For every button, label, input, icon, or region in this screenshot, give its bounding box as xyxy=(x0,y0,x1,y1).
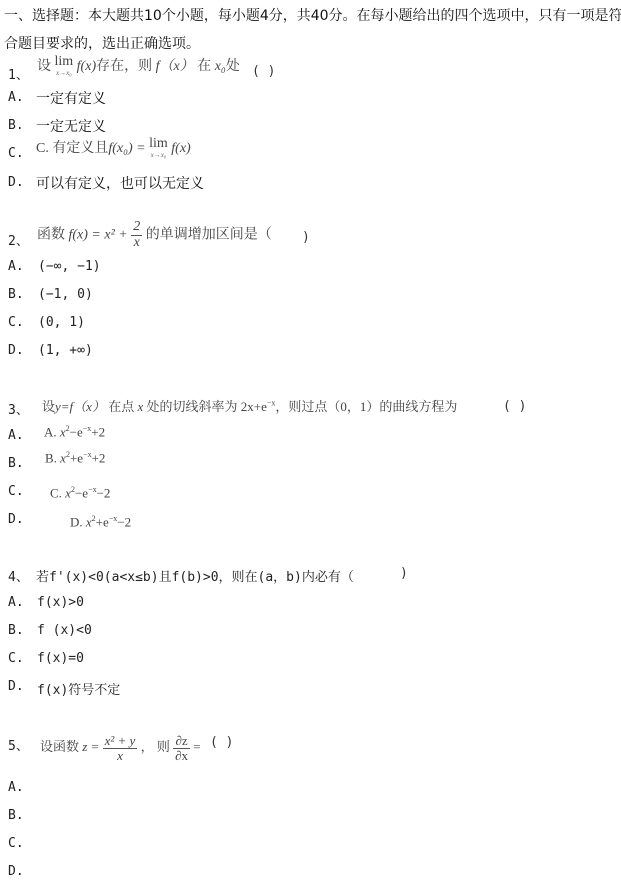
answer-blank-4-close: ) xyxy=(400,566,408,581)
lim-text: lim xyxy=(55,54,74,69)
option-inner-label: B. xyxy=(45,450,57,465)
q1-option-d-text: 可以有定义，也可以无定义 xyxy=(36,173,204,193)
question-5-number: 5、 xyxy=(8,735,29,754)
stem-text: = xyxy=(193,739,200,754)
q3-option-b-label: B. xyxy=(8,456,24,471)
stem-text: 在点 xyxy=(108,399,134,414)
stem-text: 的单调增加区间是（ xyxy=(146,227,272,242)
stem-expr: f（x） xyxy=(156,59,194,74)
option-expr: +2 xyxy=(92,450,106,465)
lim-text: lim xyxy=(149,136,168,151)
question-5-stem: 设函数 z = x² + yx ， 则 ∂z∂x = xyxy=(40,734,201,762)
q1-option-a-label: A. xyxy=(8,90,24,105)
answer-blank-1: ( ) xyxy=(252,64,275,79)
option-expr: f(x₀) = xyxy=(108,141,145,156)
stem-text: 处 xyxy=(226,59,240,74)
stem-expr: z = xyxy=(82,739,99,754)
q5-option-d-label: D. xyxy=(8,864,24,879)
q1-option-d-label: D. xyxy=(8,175,24,190)
answer-blank-5: ( ) xyxy=(210,735,233,750)
derivative-numerator: ∂z xyxy=(173,734,190,749)
stem-text: 设函数 xyxy=(40,739,79,754)
option-expr: f(x) xyxy=(171,141,190,156)
stem-text: 存在，则 xyxy=(96,59,152,74)
option-superscript: −x xyxy=(83,450,92,459)
q4-option-d-label: D. xyxy=(8,679,24,694)
q4-option-c-text: f(x)=0 xyxy=(37,651,84,666)
option-expr: −e xyxy=(70,424,83,439)
fraction-numerator: 2 xyxy=(131,220,142,236)
option-inner-label: C. xyxy=(36,141,49,156)
q4-option-b-label: B. xyxy=(8,623,24,638)
section-heading-line2: 合题目要求的，选出正确选项。 xyxy=(4,30,200,58)
stem-text: ，则过点（0，1）的曲线方程为 xyxy=(275,399,457,414)
partial-derivative: ∂z∂x xyxy=(173,734,190,762)
q5-option-a-label: A. xyxy=(8,780,24,795)
q3-option-c-label: C. xyxy=(8,484,24,499)
q3-option-b-text: B. x2+e−x+2 xyxy=(45,450,105,466)
derivative-denominator: ∂x xyxy=(173,749,190,763)
q2-option-a-text: (−∞, −1) xyxy=(38,259,101,274)
stem-expr: x xyxy=(137,399,143,414)
q2-option-b-text: (−1, 0) xyxy=(38,287,93,302)
stem-expr: x₀ xyxy=(215,59,226,74)
q3-option-d-text: D. x2+e−x−2 xyxy=(70,514,131,530)
option-inner-label: D. xyxy=(70,514,83,529)
fraction: x² + yx xyxy=(103,734,138,762)
option-inner-label: A. xyxy=(44,424,57,439)
stem-text: 处的切线斜率为 2x+e xyxy=(147,399,267,414)
question-2-stem: 函数 f(x) = x² + 2x 的单调增加区间是（ xyxy=(37,220,272,250)
q1-option-c-label: C. xyxy=(8,146,24,161)
option-expr: −2 xyxy=(117,514,131,529)
stem-expr: f(x) xyxy=(77,59,96,74)
stem-text: 在 xyxy=(197,59,211,74)
option-expr: −e xyxy=(75,485,88,500)
q1-option-b-label: B. xyxy=(8,118,24,133)
q5-option-b-label: B. xyxy=(8,808,24,823)
lim-subscript: x→x₀ xyxy=(55,70,74,77)
stem-expr: f(x) = x² + xyxy=(69,227,128,242)
option-expr: +e xyxy=(70,450,83,465)
q2-option-a-label: A. xyxy=(8,259,24,274)
option-expr: −2 xyxy=(97,485,111,500)
q3-option-a-label: A. xyxy=(8,428,24,443)
question-3-number: 3、 xyxy=(8,399,29,418)
q2-option-b-label: B. xyxy=(8,287,24,302)
limit-expression: limx→x₀ xyxy=(55,55,74,77)
option-superscript: −x xyxy=(88,485,97,494)
q3-option-c-text: C. x2−e−x−2 xyxy=(50,485,110,501)
q4-option-a-label: A. xyxy=(8,595,24,610)
fraction-denominator: x xyxy=(103,749,138,763)
stem-text: ， 则 xyxy=(141,739,170,754)
q3-option-a-text: A. x2−e−x+2 xyxy=(44,424,105,440)
option-text: 有定义且 xyxy=(52,141,108,156)
q1-option-a-text: 一定有定义 xyxy=(36,88,106,108)
option-expr: +2 xyxy=(91,424,105,439)
question-3-stem: 设y=f（x） 在点 x 处的切线斜率为 2x+e−x，则过点（0，1）的曲线方… xyxy=(42,396,457,415)
limit-expression: limx→x₀ xyxy=(149,137,168,159)
question-4-number: 4、 xyxy=(8,566,29,585)
q4-option-b-text: f (x)<0 xyxy=(37,623,92,638)
lim-subscript: x→x₀ xyxy=(149,152,168,159)
stem-expr: y=f（x） xyxy=(55,399,105,414)
fraction-numerator: x² + y xyxy=(103,734,138,749)
q5-option-c-label: C. xyxy=(8,836,24,851)
option-inner-label: C. xyxy=(50,485,62,500)
question-2-number: 2、 xyxy=(8,230,29,249)
q4-option-d-text: f(x)符号不定 xyxy=(37,679,120,698)
fraction-denominator: x xyxy=(131,236,142,251)
stem-text: 函数 xyxy=(37,227,65,242)
q4-option-c-label: C. xyxy=(8,651,24,666)
fraction: 2x xyxy=(131,220,142,250)
stem-text: 设 xyxy=(42,399,55,414)
answer-blank-3: ( ) xyxy=(503,399,526,414)
section-heading-line1: 一、选择题：本大题共10个小题，每小题4分，共40分。在每小题给出的四个选项中，… xyxy=(4,2,621,30)
question-1-number: 1、 xyxy=(8,64,29,83)
q1-option-b-text: 一定无定义 xyxy=(36,116,106,136)
option-expr: +e xyxy=(96,514,109,529)
q2-option-c-label: C. xyxy=(8,315,24,330)
stem-text: 设 xyxy=(37,59,51,74)
q4-option-a-text: f(x)>0 xyxy=(37,595,84,610)
q2-option-c-text: (0, 1) xyxy=(38,315,85,330)
question-4-stem: 若f'(x)<0(a<x≤b)且f(b)>0，则在(a，b)内必有（ xyxy=(36,566,354,585)
q2-option-d-text: (1, +∞) xyxy=(38,343,93,358)
q1-option-c-text: C. 有定义且f(x₀) = limx→x₀ f(x) xyxy=(36,137,191,159)
question-1-stem: 设 limx→x₀ f(x)存在，则 f（x） 在 x₀处 xyxy=(37,55,240,77)
q3-option-d-label: D. xyxy=(8,512,24,527)
q2-option-d-label: D. xyxy=(8,343,24,358)
answer-blank-2-close: ) xyxy=(302,230,310,245)
